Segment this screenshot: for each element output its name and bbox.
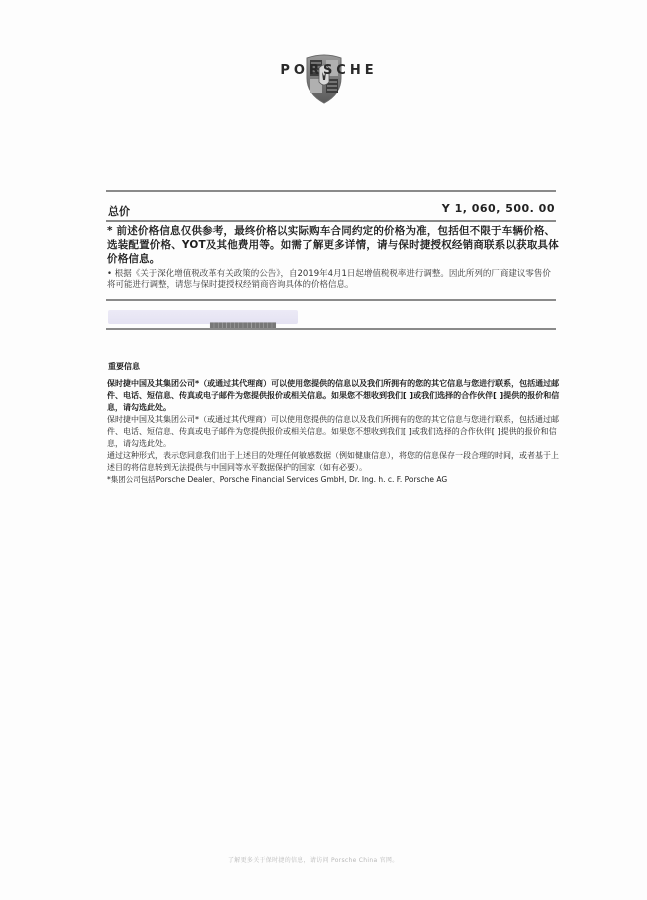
divider-notes [106,299,556,301]
price-notes: * 前述价格信息仅供参考，最终价格以实际购车合同约定的价格为准，包括但不限于车辆… [107,224,559,291]
total-price-label: 总价 [108,203,130,219]
data-consent-paragraph: 通过这种形式，表示您同意我们出于上述目的处理任何敏感数据（例如健康信息），将您的… [107,450,562,474]
divider-top [106,190,556,192]
group-companies-footnote: *集团公司包括Porsche Dealer、Porsche Financial … [107,474,562,486]
privacy-paragraph: 保时捷中国及其集团公司*（或通过其代理商）可以使用您提供的信息以及我们所拥有的您… [107,414,562,450]
privacy-section: 保时捷中国及其集团公司*（或通过其代理商）可以使用您提供的信息以及我们所拥有的您… [107,378,562,486]
price-disclaimer: * 前述价格信息仅供参考，最终价格以实际购车合同约定的价格为准，包括但不限于车辆… [107,224,559,266]
divider-price [106,220,556,222]
vat-notice: • 根据《关于深化增值税改革有关政策的公告》，自2019年4月1日起增值税税率进… [107,269,559,291]
page-footer: 了解更多关于保时捷的信息，请访问 Porsche China 官网。 [228,855,399,864]
privacy-paragraph-bold: 保时捷中国及其集团公司*（或通过其代理商）可以使用您提供的信息以及我们所拥有的您… [107,378,562,414]
document-page: PORSCHE 总价 Y 1, 060, 500. 00 * 前述价格信息仅供参… [0,0,647,900]
redacted-field [108,310,298,324]
divider-redacted [106,328,556,330]
porsche-wordmark: PORSCHE [256,63,402,78]
important-info-title: 重要信息 [108,361,140,372]
total-price-value: Y 1, 060, 500. 00 [442,202,555,215]
logo-area [0,52,647,108]
porsche-crest-icon [304,52,344,104]
